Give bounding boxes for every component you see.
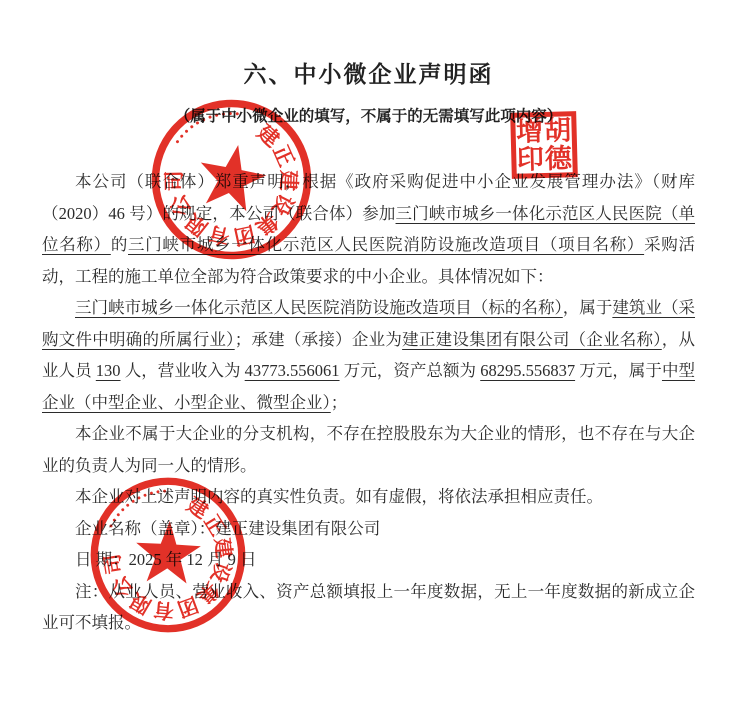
date-line: 日 期：2025 年 12 月 9 日: [42, 544, 695, 576]
company-name-value: 建正建设集团有限公司: [215, 519, 380, 538]
declaration-paragraph-3: 本企业不属于大企业的分支机构，不存在控股股东为大企业的情形，也不存在与大企业的负…: [42, 418, 695, 481]
text-segment: ，属于: [563, 298, 613, 317]
text-segment: 人，营业收入为: [121, 361, 245, 380]
company-name-line: 企业名称（盖章）：建正建设集团有限公司: [42, 513, 695, 545]
text-segment: ；承建（承接）企业为: [235, 330, 402, 349]
company-name-label: 企业名称（盖章）：: [75, 519, 215, 538]
text-segment: 的: [111, 235, 128, 254]
note-paragraph: 注：从业人员、营业收入、资产总额填报上一年度数据，无上一年度数据的新成立企业可不…: [42, 576, 695, 639]
document-subtitle: （属于中小微企业的填写，不属于的无需填写此项内容）: [42, 106, 695, 128]
text-segment: 万元，属于: [575, 361, 662, 380]
text-segment: 本企业对上述声明内容的真实性负责。如有虚假，将依法承担相应责任。: [75, 487, 603, 506]
declaration-document-page: 六、中小微企业声明函 （属于中小微企业的填写，不属于的无需填写此项内容） 本公司…: [0, 0, 735, 702]
text-segment: 建正建设集团有限公司（企业名称）: [402, 330, 662, 349]
document-body: 本公司（联合体）郑重声明，根据《政府采购促进中小企业发展管理办法》（财库（202…: [42, 166, 695, 639]
document-title: 六、中小微企业声明函: [42, 60, 695, 89]
text-segment: ；: [331, 393, 348, 412]
text-segment: 本企业不属于大企业的分支机构，不存在控股股东为大企业的情形，也不存在与大企业的负…: [42, 424, 695, 475]
text-segment: 三门峡市城乡一体化示范区人民医院消防设施改造项目（标的名称）: [75, 298, 563, 317]
document-content: 六、中小微企业声明函 （属于中小微企业的填写，不属于的无需填写此项内容） 本公司…: [42, 60, 695, 639]
text-segment: 万元，资产总额为: [340, 361, 481, 380]
text-segment: 130: [96, 361, 121, 380]
text-segment: 三门峡市城乡一体化示范区人民医院消防设施改造项目（项目名称）: [128, 235, 644, 254]
declaration-paragraph-1: 本公司（联合体）郑重声明，根据《政府采购促进中小企业发展管理办法》（财库（202…: [42, 166, 695, 292]
date-label: 日 期：: [75, 550, 129, 569]
declaration-paragraph-4: 本企业对上述声明内容的真实性负责。如有虚假，将依法承担相应责任。: [42, 481, 695, 513]
declaration-paragraph-2: 三门峡市城乡一体化示范区人民医院消防设施改造项目（标的名称），属于建筑业（采购文…: [42, 292, 695, 418]
text-segment: 43773.556061: [245, 361, 340, 380]
text-segment: 68295.556837: [480, 361, 575, 380]
date-value: 2025 年 12 月 9 日: [129, 550, 257, 569]
